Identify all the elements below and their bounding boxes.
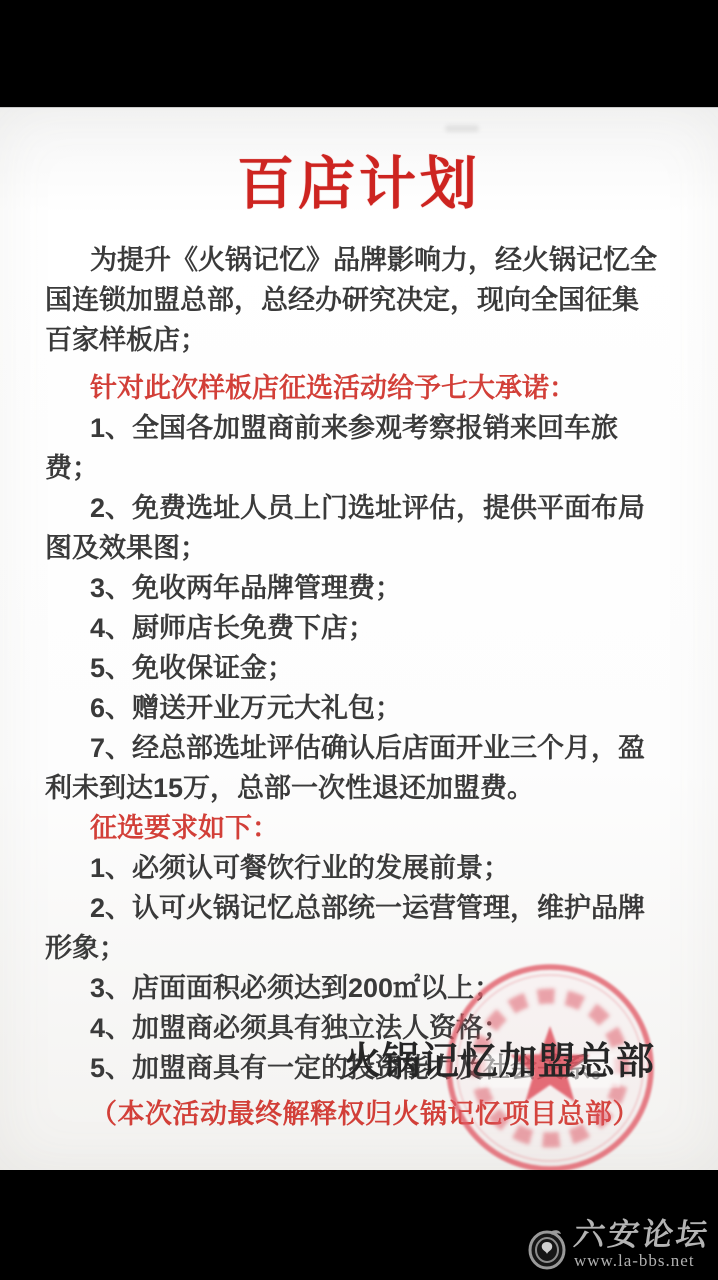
page-title: 百店计划 <box>0 152 718 216</box>
forum-watermark: 六安论坛 www.la-bbs.net <box>528 1218 710 1270</box>
promise-heading: 针对此次样板店征选活动给予七大承诺： <box>45 368 660 408</box>
watermark-site-url: www.la-bbs.net <box>574 1251 695 1270</box>
screenshot-root: { "doc": { "title": "百店计划", "intro": "为提… <box>0 0 718 1280</box>
document-photo: 百店计划 为提升《火锅记忆》品牌影响力，经火锅记忆全国连锁加盟总部，总经办研究决… <box>0 107 718 1170</box>
signature-line: 火锅记忆加盟总部 <box>343 1042 655 1082</box>
promise-item-4: 4、厨师店长免费下店； <box>45 608 660 648</box>
promise-item-7: 7、经总部选址评估确认后店面开业三个月，盈利未到达15万，总部一次性退还加盟费。 <box>45 728 660 808</box>
promise-item-2: 2、免费选址人员上门选址评估，提供平面布局图及效果图； <box>45 488 660 568</box>
watermark-site-name: 六安论坛 <box>572 1219 712 1251</box>
promise-item-1: 1、全国各加盟商前来参观考察报销来回车旅费； <box>45 408 660 488</box>
promise-item-6: 6、赠送开业万元大礼包； <box>45 688 660 728</box>
requirement-item-1: 1、必须认可餐饮行业的发展前景； <box>45 848 660 888</box>
photo-smudge-artifact <box>445 125 479 132</box>
promise-item-5: 5、免收保证金； <box>45 648 660 688</box>
requirement-heading: 征选要求如下： <box>45 808 660 848</box>
promise-item-3: 3、免收两年品牌管理费； <box>45 568 660 608</box>
forum-logo-icon <box>528 1226 568 1270</box>
intro-paragraph: 为提升《火锅记忆》品牌影响力，经火锅记忆全国连锁加盟总部，总经办研究决定，现向全… <box>45 240 660 360</box>
requirement-item-2: 2、认可火锅记忆总部统一运营管理，维护品牌形象； <box>45 888 660 968</box>
